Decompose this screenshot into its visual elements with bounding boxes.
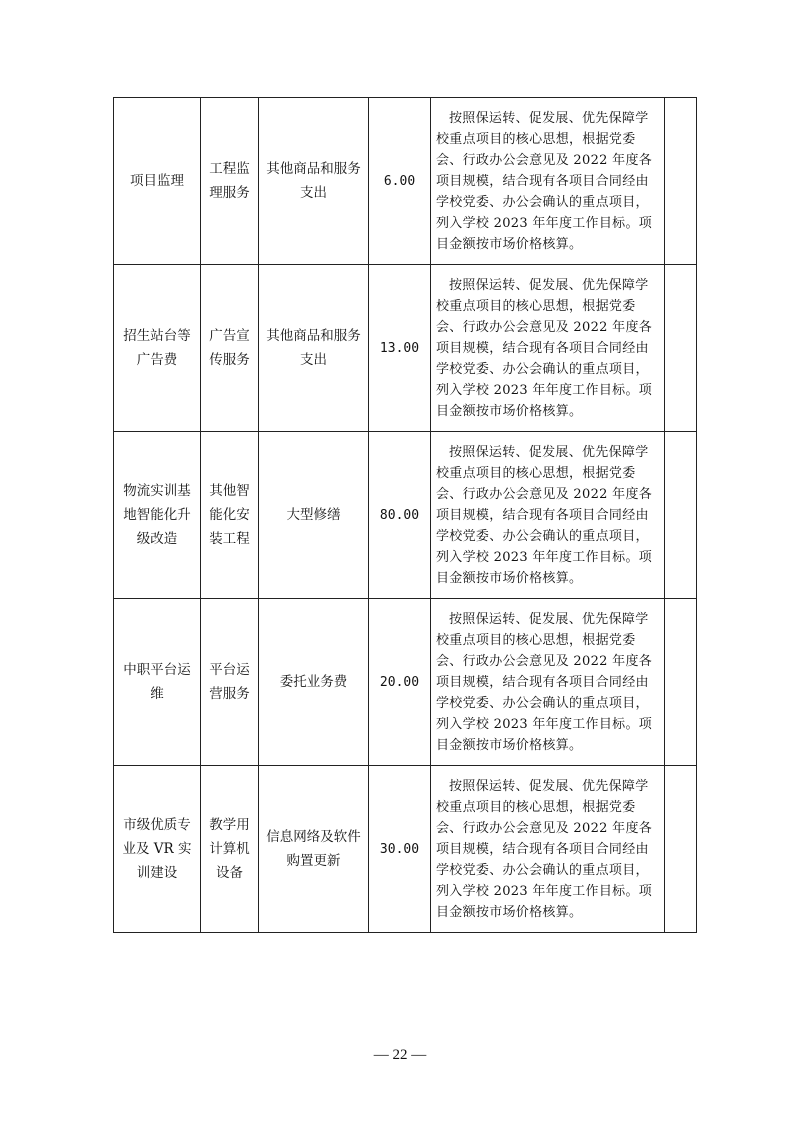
justification-cell: 按照保运转、促发展、优先保障学校重点项目的核心思想，根据党委会、行政办公会意见及… — [431, 432, 665, 599]
note-cell — [665, 265, 697, 432]
expense-type: 其他商品和服务支出 — [259, 157, 368, 205]
page-number: — 22 — — [0, 1047, 800, 1064]
category: 平台运营服务 — [201, 658, 258, 706]
justification-cell: 按照保运转、促发展、优先保障学校重点项目的核心思想，根据党委会、行政办公会意见及… — [431, 98, 665, 265]
table-row: 项目监理 工程监理服务 其他商品和服务支出 6.00 按照保运转、促发展、优先保… — [114, 98, 697, 265]
project-name-cell: 招生站台等广告费 — [114, 265, 201, 432]
category-cell: 平台运营服务 — [201, 599, 259, 766]
note-cell — [665, 766, 697, 933]
amount-cell: 6.00 — [369, 98, 431, 265]
expense-type-cell: 委托业务费 — [259, 599, 369, 766]
amount-cell: 13.00 — [369, 265, 431, 432]
justification-cell: 按照保运转、促发展、优先保障学校重点项目的核心思想，根据党委会、行政办公会意见及… — [431, 766, 665, 933]
category: 工程监理服务 — [201, 157, 258, 205]
justification: 按照保运转、促发展、优先保障学校重点项目的核心思想，根据党委会、行政办公会意见及… — [436, 275, 660, 422]
amount-cell: 20.00 — [369, 599, 431, 766]
justification: 按照保运转、促发展、优先保障学校重点项目的核心思想，根据党委会、行政办公会意见及… — [436, 442, 660, 589]
expense-type-cell: 其他商品和服务支出 — [259, 98, 369, 265]
justification-cell: 按照保运转、促发展、优先保障学校重点项目的核心思想，根据党委会、行政办公会意见及… — [431, 265, 665, 432]
justification: 按照保运转、促发展、优先保障学校重点项目的核心思想，根据党委会、行政办公会意见及… — [436, 609, 660, 756]
category-cell: 工程监理服务 — [201, 98, 259, 265]
justification: 按照保运转、促发展、优先保障学校重点项目的核心思想，根据党委会、行政办公会意见及… — [436, 108, 660, 255]
note-cell — [665, 599, 697, 766]
justification: 按照保运转、促发展、优先保障学校重点项目的核心思想，根据党委会、行政办公会意见及… — [436, 776, 660, 923]
category: 广告宣传服务 — [201, 324, 258, 372]
expense-type-cell: 信息网络及软件购置更新 — [259, 766, 369, 933]
project-name: 中职平台运维 — [114, 658, 200, 706]
project-name: 市级优质专业及 VR 实训建设 — [114, 813, 200, 885]
category-cell: 其他智能化安装工程 — [201, 432, 259, 599]
table-row: 中职平台运维 平台运营服务 委托业务费 20.00 按照保运转、促发展、优先保障… — [114, 599, 697, 766]
table-row: 物流实训基地智能化升级改造 其他智能化安装工程 大型修缮 80.00 按照保运转… — [114, 432, 697, 599]
amount: 20.00 — [380, 675, 419, 690]
amount-cell: 80.00 — [369, 432, 431, 599]
category: 教学用计算机设备 — [201, 813, 258, 885]
amount: 30.00 — [380, 842, 419, 857]
expense-type-cell: 大型修缮 — [259, 432, 369, 599]
category-cell: 教学用计算机设备 — [201, 766, 259, 933]
table-row: 招生站台等广告费 广告宣传服务 其他商品和服务支出 13.00 按照保运转、促发… — [114, 265, 697, 432]
amount: 6.00 — [384, 174, 415, 189]
project-name-cell: 项目监理 — [114, 98, 201, 265]
project-name-cell: 中职平台运维 — [114, 599, 201, 766]
amount: 80.00 — [380, 508, 419, 523]
budget-table: 项目监理 工程监理服务 其他商品和服务支出 6.00 按照保运转、促发展、优先保… — [113, 97, 697, 933]
project-name: 招生站台等广告费 — [114, 324, 200, 372]
note-cell — [665, 98, 697, 265]
project-name: 项目监理 — [126, 169, 188, 193]
expense-type: 其他商品和服务支出 — [259, 324, 368, 372]
category-cell: 广告宣传服务 — [201, 265, 259, 432]
project-name-cell: 物流实训基地智能化升级改造 — [114, 432, 201, 599]
expense-type: 大型修缮 — [283, 503, 345, 527]
amount-cell: 30.00 — [369, 766, 431, 933]
expense-type: 信息网络及软件购置更新 — [259, 825, 368, 873]
note-cell — [665, 432, 697, 599]
expense-type: 委托业务费 — [276, 670, 352, 694]
justification-cell: 按照保运转、促发展、优先保障学校重点项目的核心思想，根据党委会、行政办公会意见及… — [431, 599, 665, 766]
category: 其他智能化安装工程 — [201, 479, 258, 551]
expense-type-cell: 其他商品和服务支出 — [259, 265, 369, 432]
table-row: 市级优质专业及 VR 实训建设 教学用计算机设备 信息网络及软件购置更新 30.… — [114, 766, 697, 933]
project-name-cell: 市级优质专业及 VR 实训建设 — [114, 766, 201, 933]
project-name: 物流实训基地智能化升级改造 — [114, 479, 200, 551]
amount: 13.00 — [380, 341, 419, 356]
